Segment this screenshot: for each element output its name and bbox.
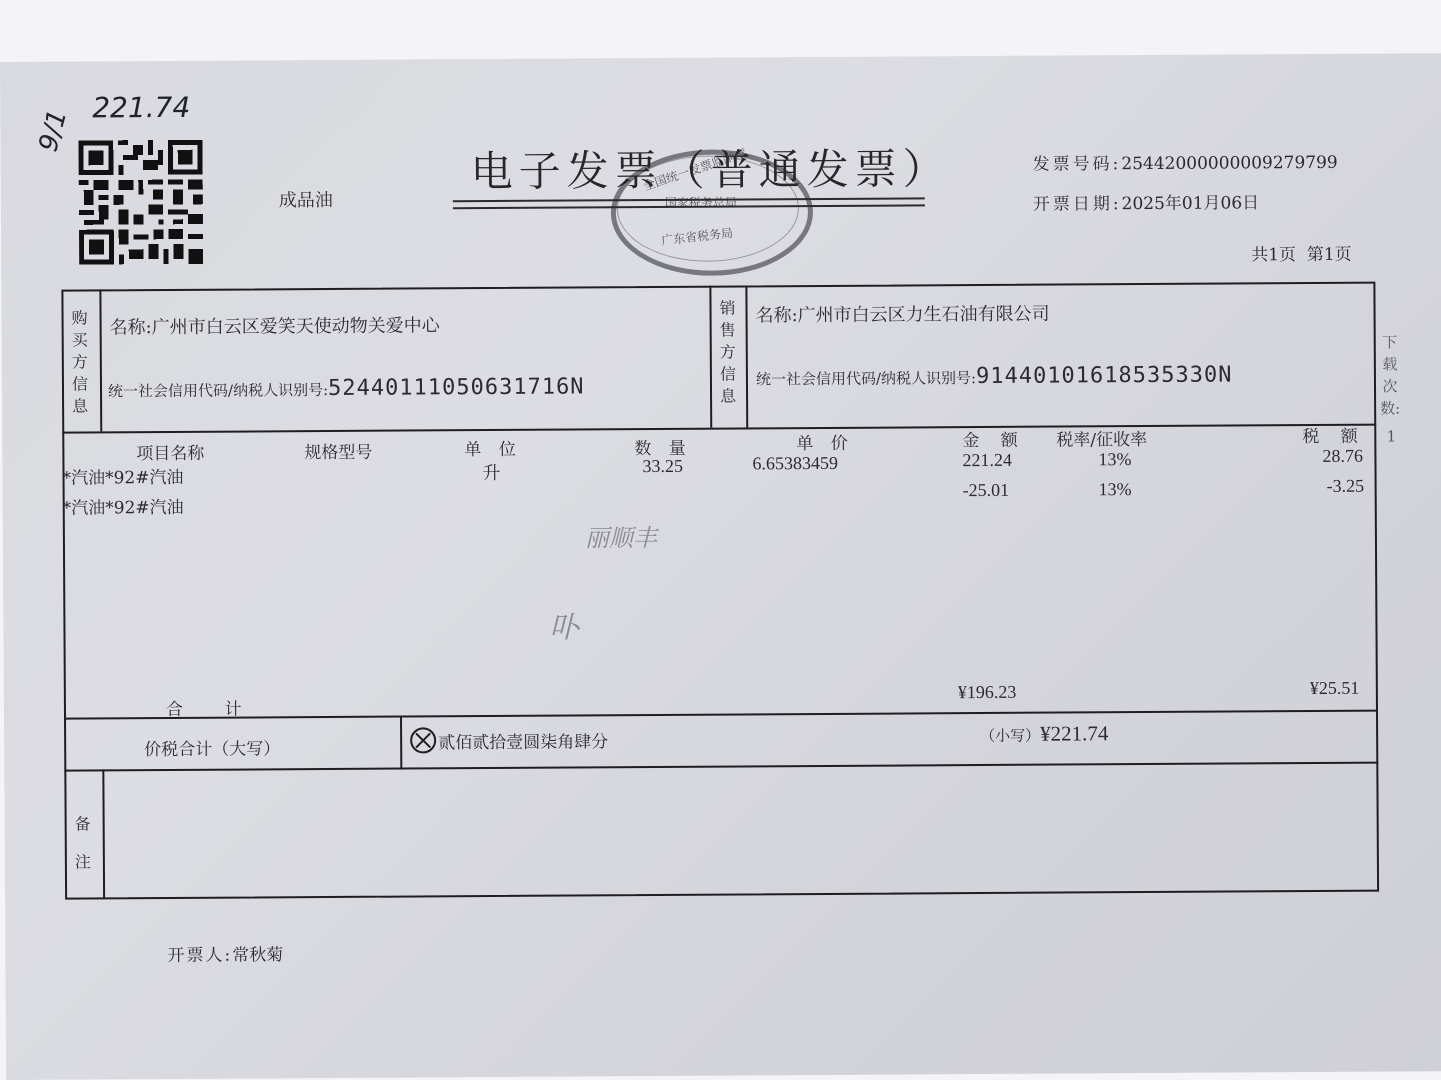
issuer-name: 常秋菊 — [232, 945, 283, 965]
seller-name: 名称:广州市白云区力生石油有限公司 — [755, 300, 1049, 328]
col-unit: 单 位 — [464, 435, 522, 460]
buyer-name-label: 名称: — [110, 317, 152, 338]
pencil-note: 丽顺丰 — [585, 518, 657, 553]
row2-amount: -25.01 — [963, 480, 1010, 501]
grand-total-label: 价税合计（大写） — [144, 734, 280, 760]
row1-amount: 221.24 — [962, 450, 1012, 471]
buyer-tax-id-label: 统一社会信用代码/纳税人识别号: — [108, 381, 328, 400]
grand-total-upper: 贰佰贰拾壹圆柒角肆分 — [410, 726, 608, 753]
invoice-number-label: 发票号码: — [1033, 154, 1122, 175]
buyer-tax-id: 统一社会信用代码/纳税人识别号:52440111050631716N — [108, 374, 585, 402]
issue-date-value: 2025年01月06日 — [1122, 193, 1260, 214]
handwritten-amount: 221.74 — [92, 91, 190, 125]
invoice-number-value: 25442000000009279799 — [1121, 153, 1337, 174]
pencil-mark: 卟 — [549, 602, 579, 646]
buyer-tax-id-value: 52440111050631716N — [328, 374, 585, 401]
row1-tax-rate: 13% — [1098, 449, 1131, 470]
category-label: 成品油 — [279, 186, 333, 212]
col-unit-price: 单 价 — [796, 429, 854, 454]
seller-tax-id-label: 统一社会信用代码/纳税人识别号: — [756, 369, 976, 388]
col-tax-rate: 税率/征收率 — [1056, 425, 1147, 451]
download-count: 下载次数: 1 — [1380, 331, 1403, 447]
issuer: 开票人:常秋菊 — [167, 940, 283, 966]
download-count-value: 1 — [1380, 425, 1402, 447]
grand-total-lower-value: ¥221.74 — [1040, 721, 1108, 745]
col-amount: 金 额 — [962, 426, 1026, 451]
seller-name-value: 广州市白云区力生石油有限公司 — [798, 304, 1050, 327]
invoice-number: 发票号码:25442000000009279799 — [1033, 148, 1338, 175]
issue-date-label: 开票日期: — [1033, 194, 1122, 215]
row2-tax: -3.25 — [1327, 476, 1365, 497]
row1-quantity: 33.25 — [642, 456, 683, 477]
row2-item-name: *汽油*92#汽油 — [63, 493, 184, 519]
seller-tax-id-value: 91440101618535330N — [976, 362, 1233, 389]
seller-tax-id: 统一社会信用代码/纳税人识别号:91440101618535330N — [756, 362, 1233, 390]
invoice-title: 电子发票（普通发票） — [470, 136, 950, 199]
row1-unit: 升 — [482, 459, 500, 485]
handwritten-mark: 9/1 — [34, 107, 74, 155]
col-spec: 规格型号 — [304, 438, 372, 463]
grand-total-lower-label: （小写） — [980, 727, 1040, 745]
seller-section-label: 销售方信息 — [717, 297, 738, 407]
issuer-label: 开票人: — [167, 946, 232, 966]
grand-total-lower: （小写）¥221.74 — [980, 721, 1108, 747]
qr-code-icon — [78, 139, 203, 266]
row1-tax: 28.76 — [1322, 446, 1363, 467]
row1-unit-price: 6.65383459 — [752, 453, 838, 475]
grand-total-upper-value: 贰佰贰拾壹圆柒角肆分 — [438, 732, 608, 753]
row2-tax-rate: 13% — [1099, 479, 1132, 500]
grand-total-divider — [400, 716, 402, 770]
issue-date: 开票日期:2025年01月06日 — [1033, 188, 1259, 214]
buyer-section-label: 购买方信息 — [70, 307, 91, 417]
invoice-paper: 221.74 9/1 成品油 全国统一发票监制章 国家税务总局 广东省税务局 电… — [0, 53, 1441, 1080]
row1-item-name: *汽油*92#汽油 — [62, 463, 183, 489]
seller-name-label: 名称: — [756, 305, 798, 326]
page-count: 共1页 第1页 — [1251, 240, 1352, 266]
col-item-name: 项目名称 — [136, 439, 204, 464]
buyer-name: 名称:广州市白云区爱笑天使动物关爱中心 — [110, 311, 440, 339]
download-count-label: 下载次数: — [1380, 331, 1401, 419]
buyer-name-value: 广州市白云区爱笑天使动物关爱中心 — [152, 315, 440, 338]
col-tax: 税 额 — [1302, 422, 1366, 447]
total-tax: ¥25.51 — [1310, 678, 1360, 699]
remarks-label: 备注 — [73, 805, 93, 881]
total-amount: ¥196.23 — [958, 682, 1017, 703]
circled-x-icon — [410, 727, 436, 753]
